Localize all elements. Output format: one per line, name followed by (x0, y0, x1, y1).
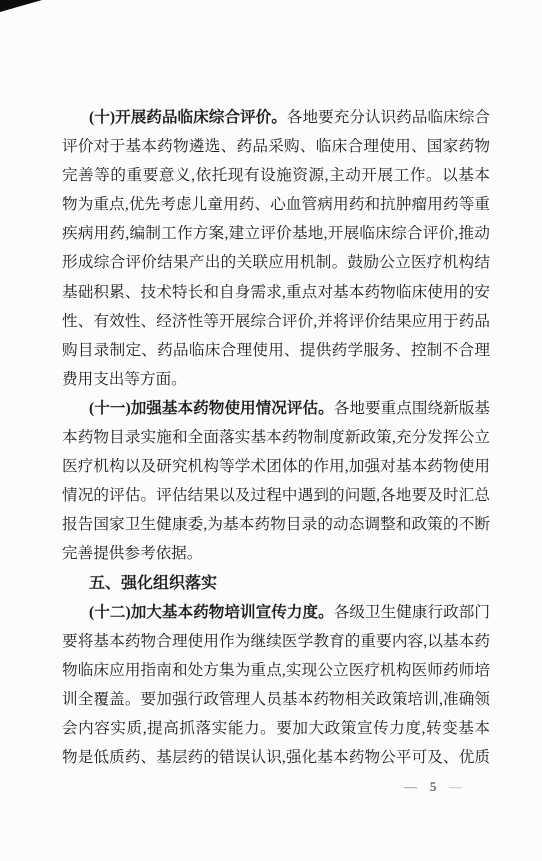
page-footer: — 5 — (404, 778, 462, 796)
paragraph-item11-line: 报告国家卫生健康委,为基本药物目录的动态调整和政策的不断 (62, 510, 490, 539)
paragraph-item10-line: 形成综合评价结果产出的关联应用机制。鼓励公立医疗机构结合 (62, 248, 490, 277)
paragraph-item10-line: 费用支出等方面。 (62, 365, 490, 394)
paragraph-item10-line: 疾病用药,编制工作方案,建立评价基地,开展临床综合评价,推动 (62, 219, 490, 248)
paragraph-item12-line: 训全覆盖。要加强行政管理人员基本药物相关政策培训,准确领 (62, 685, 490, 714)
item12-title: (十二)加大基本药物培训宣传力度。 (89, 604, 334, 621)
paragraph-item11-line: 本药物目录实施和全面落实基本药物制度新政策,充分发挥公立 (62, 423, 490, 452)
item10-title: (十)开展药品临床综合评价。 (89, 109, 287, 126)
scan-corner-artifact (0, 0, 42, 12)
item11-title: (十一)加强基本药物使用情况评估。 (89, 400, 334, 417)
document-page: (十)开展药品临床综合评价。各地要充分认识药品临床综合 评价对于基本药物遴选、药… (0, 0, 542, 861)
page-number: 5 (430, 779, 437, 795)
paragraph-item11-line: (十一)加强基本药物使用情况评估。各地要重点围绕新版基 (62, 394, 490, 423)
paragraph-item12-line: 会内容实质,提高抓落实能力。要加大政策宣传力度,转变基本药 (62, 714, 490, 743)
paragraph-item10-line: 性、有效性、经济性等开展综合评价,并将评价结果应用于药品采 (62, 307, 490, 336)
paragraph-item12-line: 物是低质药、基层药的错误认识,强化基本药物公平可及、优质优 (62, 743, 490, 772)
footer-dash-right: — (449, 779, 462, 795)
paragraph-item12-line: 要将基本药物合理使用作为继续医学教育的重要内容,以基本药 (62, 627, 490, 656)
paragraph-item12-line: (十二)加大基本药物培训宣传力度。各级卫生健康行政部门 (62, 598, 490, 627)
item12-text: 各级卫生健康行政部门 (334, 604, 490, 621)
paragraph-item10-line: (十)开展药品临床综合评价。各地要充分认识药品临床综合 (62, 103, 490, 132)
paragraph-item10-line: 物为重点,优先考虑儿童用药、心血管病用药和抗肿瘤用药等重大 (62, 190, 490, 219)
paragraph-item11-line: 情况的评估。评估结果以及过程中遇到的问题,各地要及时汇总 (62, 481, 490, 510)
paragraph-item10-line: 评价对于基本药物遴选、药品采购、临床合理使用、国家药物政策 (62, 132, 490, 161)
paragraph-item10-line: 基础积累、技术特长和自身需求,重点对基本药物临床使用的安全 (62, 278, 490, 307)
paragraph-item10-line: 购目录制定、药品临床合理使用、提供药学服务、控制不合理药品 (62, 336, 490, 365)
paragraph-item10-line: 完善等的重要意义,依托现有设施资源,主动开展工作。以基本药 (62, 161, 490, 190)
item10-text: 各地要充分认识药品临床综合 (287, 109, 490, 126)
paragraph-item12-line: 物临床应用指南和处方集为重点,实现公立医疗机构医师药师培 (62, 656, 490, 685)
document-body: (十)开展药品临床综合评价。各地要充分认识药品临床综合 评价对于基本药物遴选、药… (62, 103, 490, 772)
paragraph-item11-line: 完善提供参考依据。 (62, 539, 490, 568)
section5-heading: 五、强化组织落实 (62, 569, 490, 598)
paragraph-item11-line: 医疗机构以及研究机构等学术团体的作用,加强对基本药物使用 (62, 452, 490, 481)
item11-text: 各地要重点围绕新版基 (334, 400, 490, 417)
footer-dash-left: — (404, 779, 417, 795)
